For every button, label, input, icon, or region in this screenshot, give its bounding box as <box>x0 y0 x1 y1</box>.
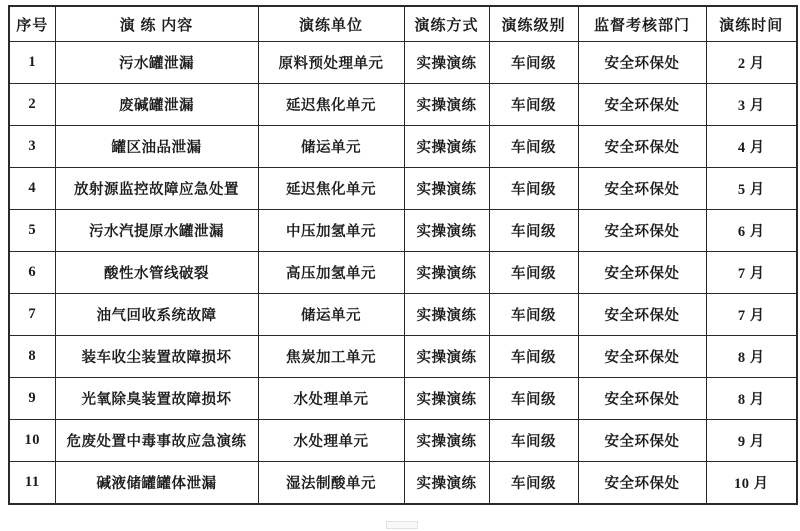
cell: 8 <box>9 336 55 378</box>
table-row: 5污水汽提原水罐泄漏中压加氢单元实操演练车间级安全环保处6 月 <box>9 210 797 252</box>
document-page: 序号演 练 内容演练单位演练方式演练级别监督考核部门演练时间 1污水罐泄漏原料预… <box>0 0 800 531</box>
cell: 8 月 <box>706 336 797 378</box>
column-header-6: 演练时间 <box>706 6 797 42</box>
cell: 原料预处理单元 <box>258 42 404 84</box>
cell: 罐区油品泄漏 <box>55 126 258 168</box>
cell: 车间级 <box>489 378 578 420</box>
table-row: 9光氧除臭装置故障损坏水处理单元实操演练车间级安全环保处8 月 <box>9 378 797 420</box>
cell: 3 月 <box>706 84 797 126</box>
cell: 实操演练 <box>404 84 489 126</box>
cell: 装车收尘装置故障损坏 <box>55 336 258 378</box>
cell: 污水罐泄漏 <box>55 42 258 84</box>
cell: 7 <box>9 294 55 336</box>
table-header-row: 序号演 练 内容演练单位演练方式演练级别监督考核部门演练时间 <box>9 6 797 42</box>
cell: 9 <box>9 378 55 420</box>
cell: 6 月 <box>706 210 797 252</box>
cell: 7 月 <box>706 252 797 294</box>
cell: 3 <box>9 126 55 168</box>
cell: 安全环保处 <box>578 336 706 378</box>
cell: 安全环保处 <box>578 210 706 252</box>
column-header-0: 序号 <box>9 6 55 42</box>
table-row: 11碱液储罐罐体泄漏湿法制酸单元实操演练车间级安全环保处10 月 <box>9 462 797 505</box>
cell: 4 月 <box>706 126 797 168</box>
cell: 污水汽提原水罐泄漏 <box>55 210 258 252</box>
cell: 9 月 <box>706 420 797 462</box>
cell: 高压加氢单元 <box>258 252 404 294</box>
cell: 4 <box>9 168 55 210</box>
cell: 车间级 <box>489 294 578 336</box>
cell: 车间级 <box>489 252 578 294</box>
cell: 实操演练 <box>404 462 489 505</box>
cell: 碱液储罐罐体泄漏 <box>55 462 258 505</box>
cell: 车间级 <box>489 420 578 462</box>
cell: 放射源监控故障应急处置 <box>55 168 258 210</box>
cell: 危废处置中毒事故应急演练 <box>55 420 258 462</box>
cell: 车间级 <box>489 210 578 252</box>
cell: 废碱罐泄漏 <box>55 84 258 126</box>
cell: 实操演练 <box>404 378 489 420</box>
cell: 8 月 <box>706 378 797 420</box>
cell: 水处理单元 <box>258 420 404 462</box>
cell: 延迟焦化单元 <box>258 168 404 210</box>
table-row: 3罐区油品泄漏储运单元实操演练车间级安全环保处4 月 <box>9 126 797 168</box>
cell: 储运单元 <box>258 126 404 168</box>
cell: 5 月 <box>706 168 797 210</box>
cell: 车间级 <box>489 84 578 126</box>
table-row: 4放射源监控故障应急处置延迟焦化单元实操演练车间级安全环保处5 月 <box>9 168 797 210</box>
cell: 1 <box>9 42 55 84</box>
cell: 2 <box>9 84 55 126</box>
cell: 实操演练 <box>404 420 489 462</box>
cell: 光氧除臭装置故障损坏 <box>55 378 258 420</box>
drill-plan-table: 序号演 练 内容演练单位演练方式演练级别监督考核部门演练时间 1污水罐泄漏原料预… <box>8 5 798 505</box>
cell: 实操演练 <box>404 168 489 210</box>
cell: 安全环保处 <box>578 126 706 168</box>
cell: 延迟焦化单元 <box>258 84 404 126</box>
cell: 油气回收系统故障 <box>55 294 258 336</box>
column-header-1: 演 练 内容 <box>55 6 258 42</box>
cell: 安全环保处 <box>578 42 706 84</box>
cell: 实操演练 <box>404 126 489 168</box>
column-header-2: 演练单位 <box>258 6 404 42</box>
cell: 实操演练 <box>404 294 489 336</box>
cell: 实操演练 <box>404 336 489 378</box>
cell: 酸性水管线破裂 <box>55 252 258 294</box>
cell: 焦炭加工单元 <box>258 336 404 378</box>
column-header-3: 演练方式 <box>404 6 489 42</box>
cell: 车间级 <box>489 462 578 505</box>
cell: 安全环保处 <box>578 252 706 294</box>
scan-artifact <box>386 521 418 529</box>
table-row: 6酸性水管线破裂高压加氢单元实操演练车间级安全环保处7 月 <box>9 252 797 294</box>
cell: 中压加氢单元 <box>258 210 404 252</box>
cell: 实操演练 <box>404 42 489 84</box>
cell: 安全环保处 <box>578 420 706 462</box>
cell: 安全环保处 <box>578 84 706 126</box>
cell: 储运单元 <box>258 294 404 336</box>
table-row: 10危废处置中毒事故应急演练水处理单元实操演练车间级安全环保处9 月 <box>9 420 797 462</box>
table-row: 8装车收尘装置故障损坏焦炭加工单元实操演练车间级安全环保处8 月 <box>9 336 797 378</box>
cell: 实操演练 <box>404 252 489 294</box>
cell: 10 月 <box>706 462 797 505</box>
cell: 车间级 <box>489 336 578 378</box>
cell: 2 月 <box>706 42 797 84</box>
cell: 安全环保处 <box>578 378 706 420</box>
table-row: 2废碱罐泄漏延迟焦化单元实操演练车间级安全环保处3 月 <box>9 84 797 126</box>
column-header-4: 演练级别 <box>489 6 578 42</box>
cell: 安全环保处 <box>578 168 706 210</box>
cell: 6 <box>9 252 55 294</box>
cell: 实操演练 <box>404 210 489 252</box>
cell: 水处理单元 <box>258 378 404 420</box>
cell: 湿法制酸单元 <box>258 462 404 505</box>
cell: 车间级 <box>489 42 578 84</box>
cell: 10 <box>9 420 55 462</box>
column-header-5: 监督考核部门 <box>578 6 706 42</box>
cell: 11 <box>9 462 55 505</box>
table-row: 7油气回收系统故障储运单元实操演练车间级安全环保处7 月 <box>9 294 797 336</box>
table-row: 1污水罐泄漏原料预处理单元实操演练车间级安全环保处2 月 <box>9 42 797 84</box>
cell: 安全环保处 <box>578 294 706 336</box>
cell: 安全环保处 <box>578 462 706 505</box>
cell: 车间级 <box>489 168 578 210</box>
cell: 车间级 <box>489 126 578 168</box>
cell: 5 <box>9 210 55 252</box>
cell: 7 月 <box>706 294 797 336</box>
